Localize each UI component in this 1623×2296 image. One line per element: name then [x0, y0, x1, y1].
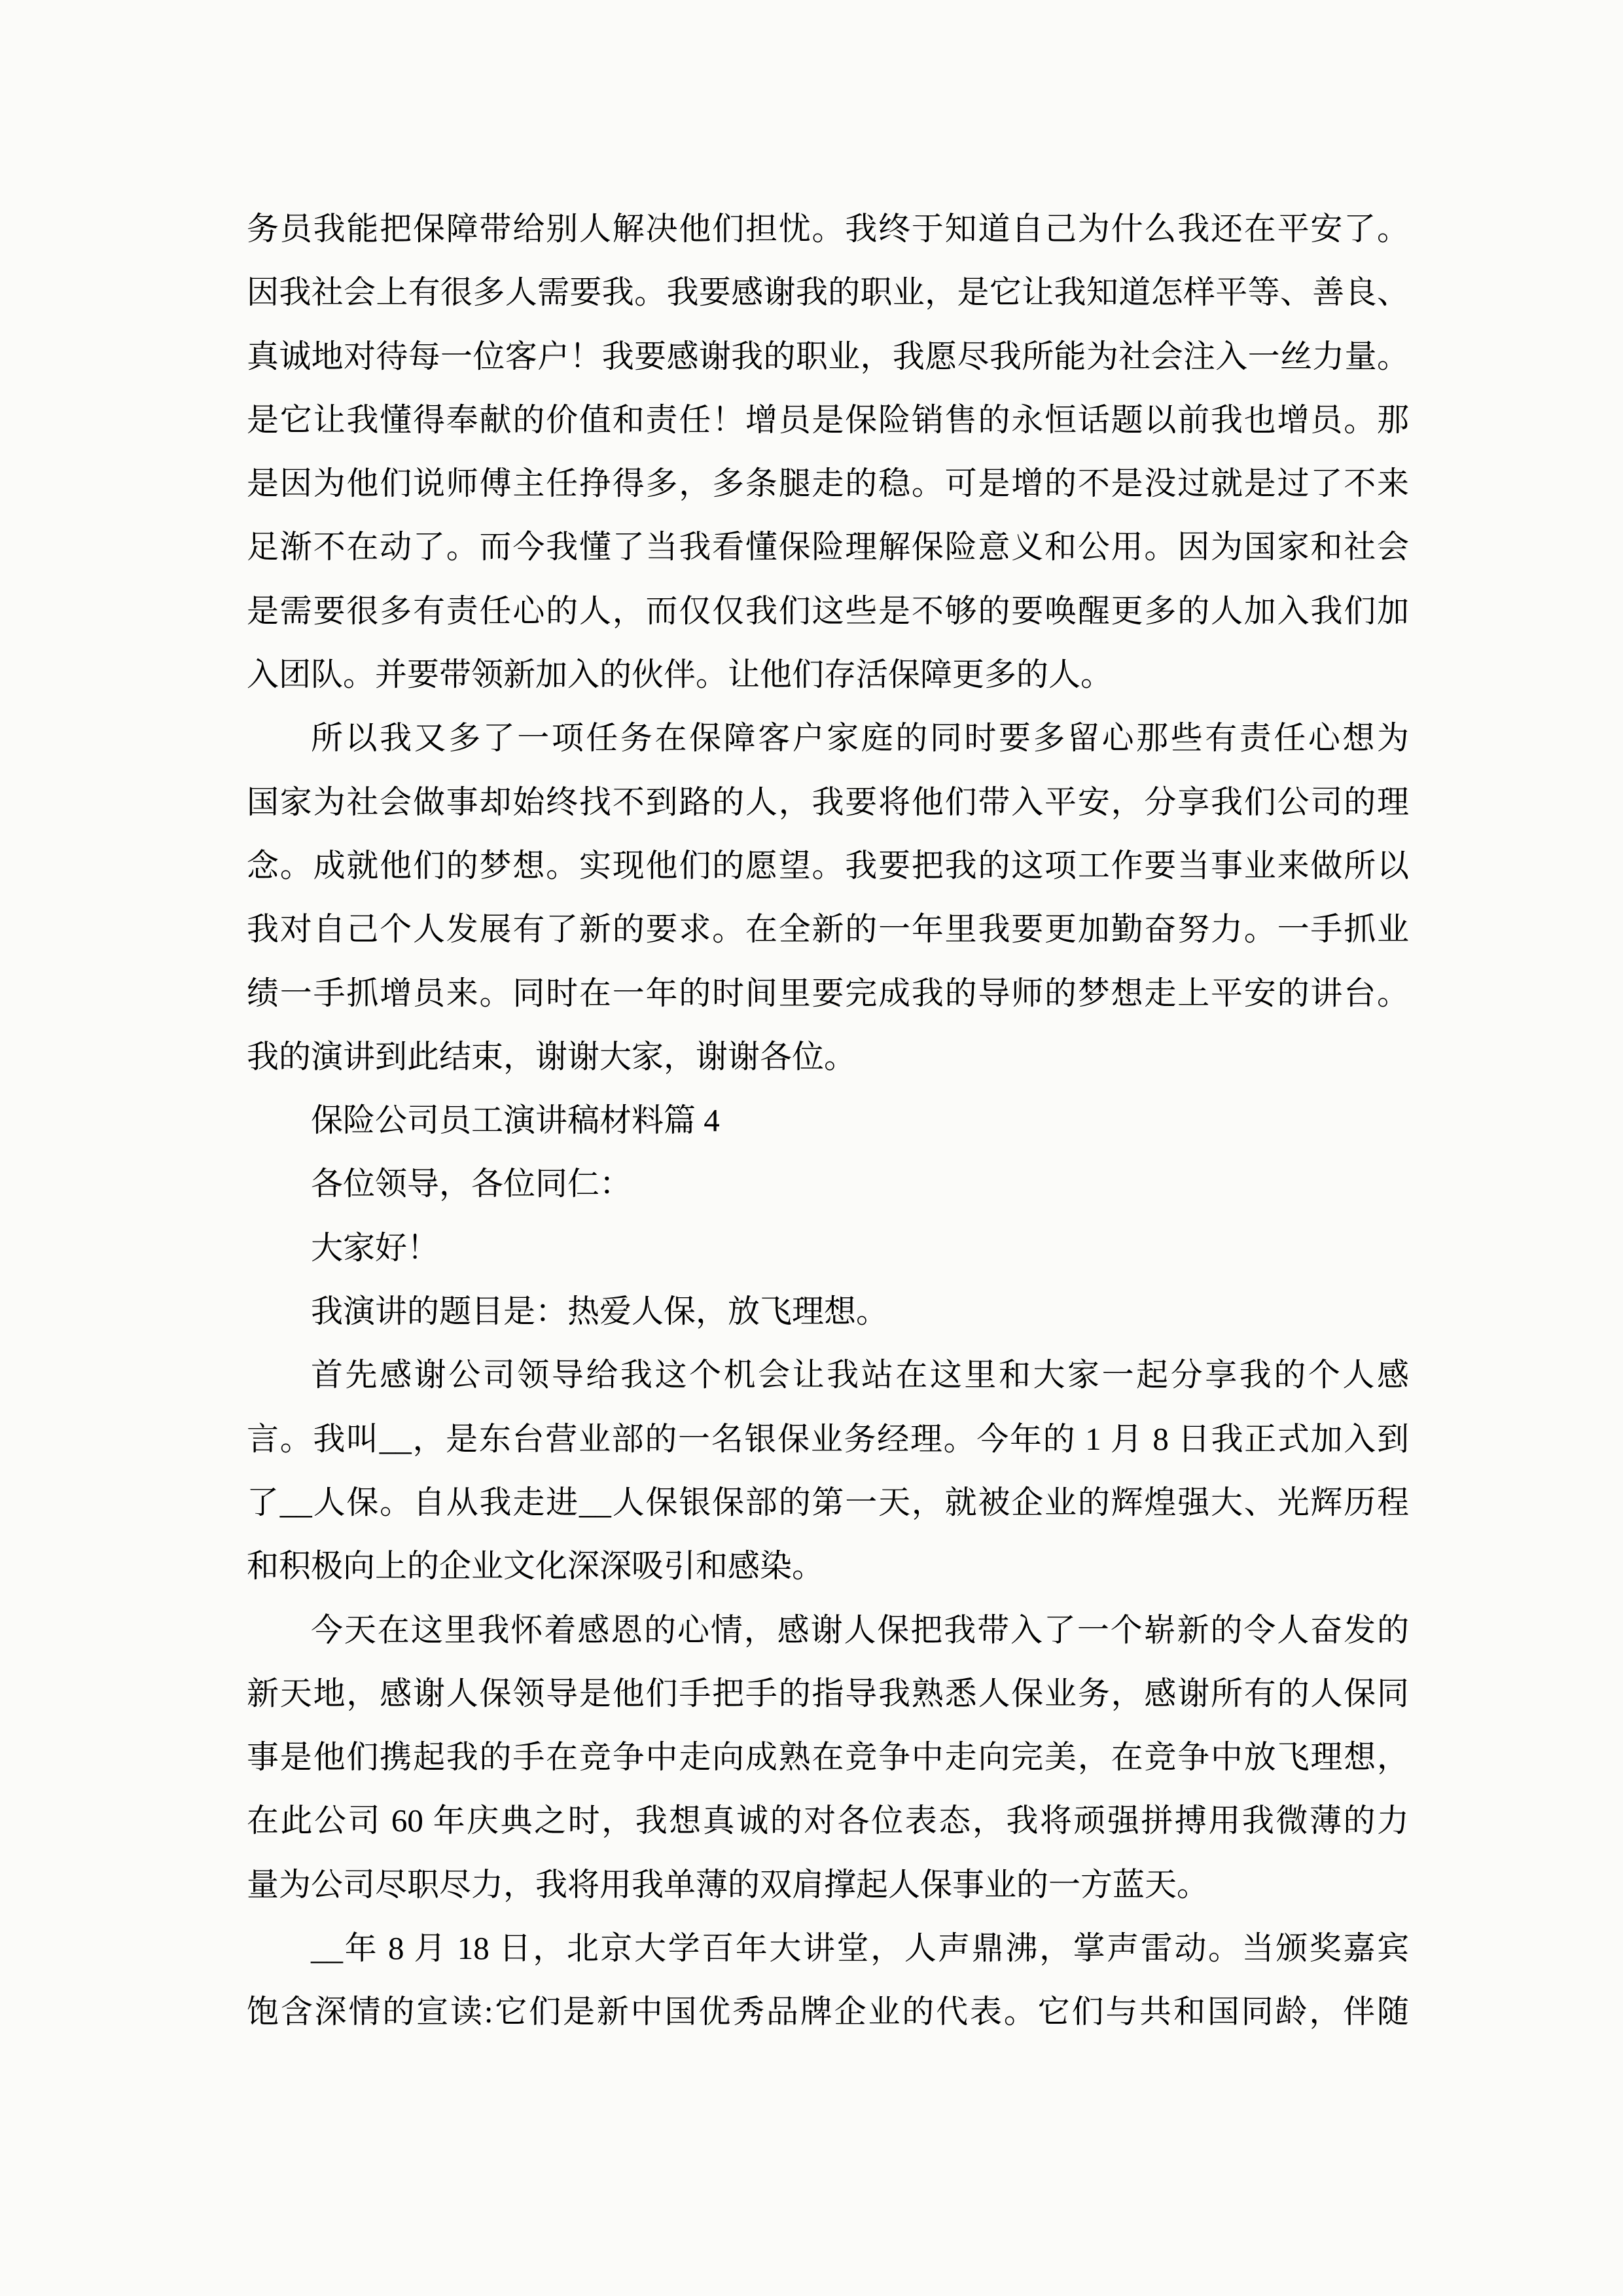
text-line: 新天地，感谢人保领导是他们手把手的指导我熟悉人保业务，感谢所有的人保同	[247, 1662, 1409, 1725]
document-text: 务员我能把保障带给别人解决他们担忧。我终于知道自己为什么我还在平安了。因我社会上…	[247, 197, 1409, 2044]
text-line: 入团队。并要带领新加入的伙伴。让他们存活保障更多的人。	[247, 643, 1409, 706]
text-line: 在此公司 60 年庆典之时，我想真诚的对各位表态，我将顽强拼搏用我微薄的力	[247, 1789, 1409, 1852]
text-line: 真诚地对待每一位客户！我要感谢我的职业，我愿尽我所能为社会注入一丝力量。	[247, 325, 1409, 388]
text-line: 是需要很多有责任心的人，而仅仅我们这些是不够的要唤醒更多的人加入我们加	[247, 579, 1409, 643]
text-line: 所以我又多了一项任务在保障客户家庭的同时要多留心那些有责任心想为	[247, 706, 1409, 770]
text-line: 念。成就他们的梦想。实现他们的愿望。我要把我的这项工作要当事业来做所以	[247, 834, 1409, 897]
text-line: 和积极向上的企业文化深深吸引和感染。	[247, 1534, 1409, 1598]
text-line: 大家好！	[247, 1216, 1409, 1280]
text-line: 今天在这里我怀着感恩的心情，感谢人保把我带入了一个崭新的令人奋发的	[247, 1598, 1409, 1662]
text-line: 首先感谢公司领导给我这个机会让我站在这里和大家一起分享我的个人感	[247, 1343, 1409, 1407]
text-line: 我演讲的题目是：热爱人保，放飞理想。	[247, 1280, 1409, 1343]
text-line: 务员我能把保障带给别人解决他们担忧。我终于知道自己为什么我还在平安了。	[247, 197, 1409, 260]
text-line: 了__人保。自从我走进__人保银保部的第一天，就被企业的辉煌强大、光辉历程	[247, 1471, 1409, 1534]
text-line: 绩一手抓增员来。同时在一年的时间里要完成我的导师的梦想走上平安的讲台。	[247, 961, 1409, 1025]
text-line: 是因为他们说师傅主任挣得多，多条腿走的稳。可是增的不是没过就是过了不来	[247, 452, 1409, 515]
text-line: 事是他们携起我的手在竞争中走向成熟在竞争中走向完美，在竞争中放飞理想，	[247, 1725, 1409, 1789]
text-line: 国家为社会做事却始终找不到路的人，我要将他们带入平安，分享我们公司的理	[247, 770, 1409, 834]
text-line: 因我社会上有很多人需要我。我要感谢我的职业，是它让我知道怎样平等、善良、	[247, 260, 1409, 324]
document-page: 务员我能把保障带给别人解决他们担忧。我终于知道自己为什么我还在平安了。因我社会上…	[0, 0, 1623, 2296]
text-line: 足渐不在动了。而今我懂了当我看懂保险理解保险意义和公用。因为国家和社会	[247, 515, 1409, 579]
text-line: 保险公司员工演讲稿材料篇 4	[247, 1088, 1409, 1152]
text-line: 量为公司尽职尽力，我将用我单薄的双肩撑起人保事业的一方蓝天。	[247, 1853, 1409, 1916]
text-line: 我的演讲到此结束，谢谢大家，谢谢各位。	[247, 1025, 1409, 1088]
text-line: 饱含深情的宣读:它们是新中国优秀品牌企业的代表。它们与共和国同龄，伴随	[247, 1980, 1409, 2043]
text-line: __年 8 月 18 日，北京大学百年大讲堂，人声鼎沸，掌声雷动。当颁奖嘉宾	[247, 1916, 1409, 1980]
text-line: 我对自己个人发展有了新的要求。在全新的一年里我要更加勤奋努力。一手抓业	[247, 897, 1409, 961]
text-line: 言。我叫__，是东台营业部的一名银保业务经理。今年的 1 月 8 日我正式加入到	[247, 1407, 1409, 1471]
text-line: 各位领导，各位同仁：	[247, 1152, 1409, 1215]
text-line: 是它让我懂得奉献的价值和责任！增员是保险销售的永恒话题以前我也增员。那	[247, 388, 1409, 452]
